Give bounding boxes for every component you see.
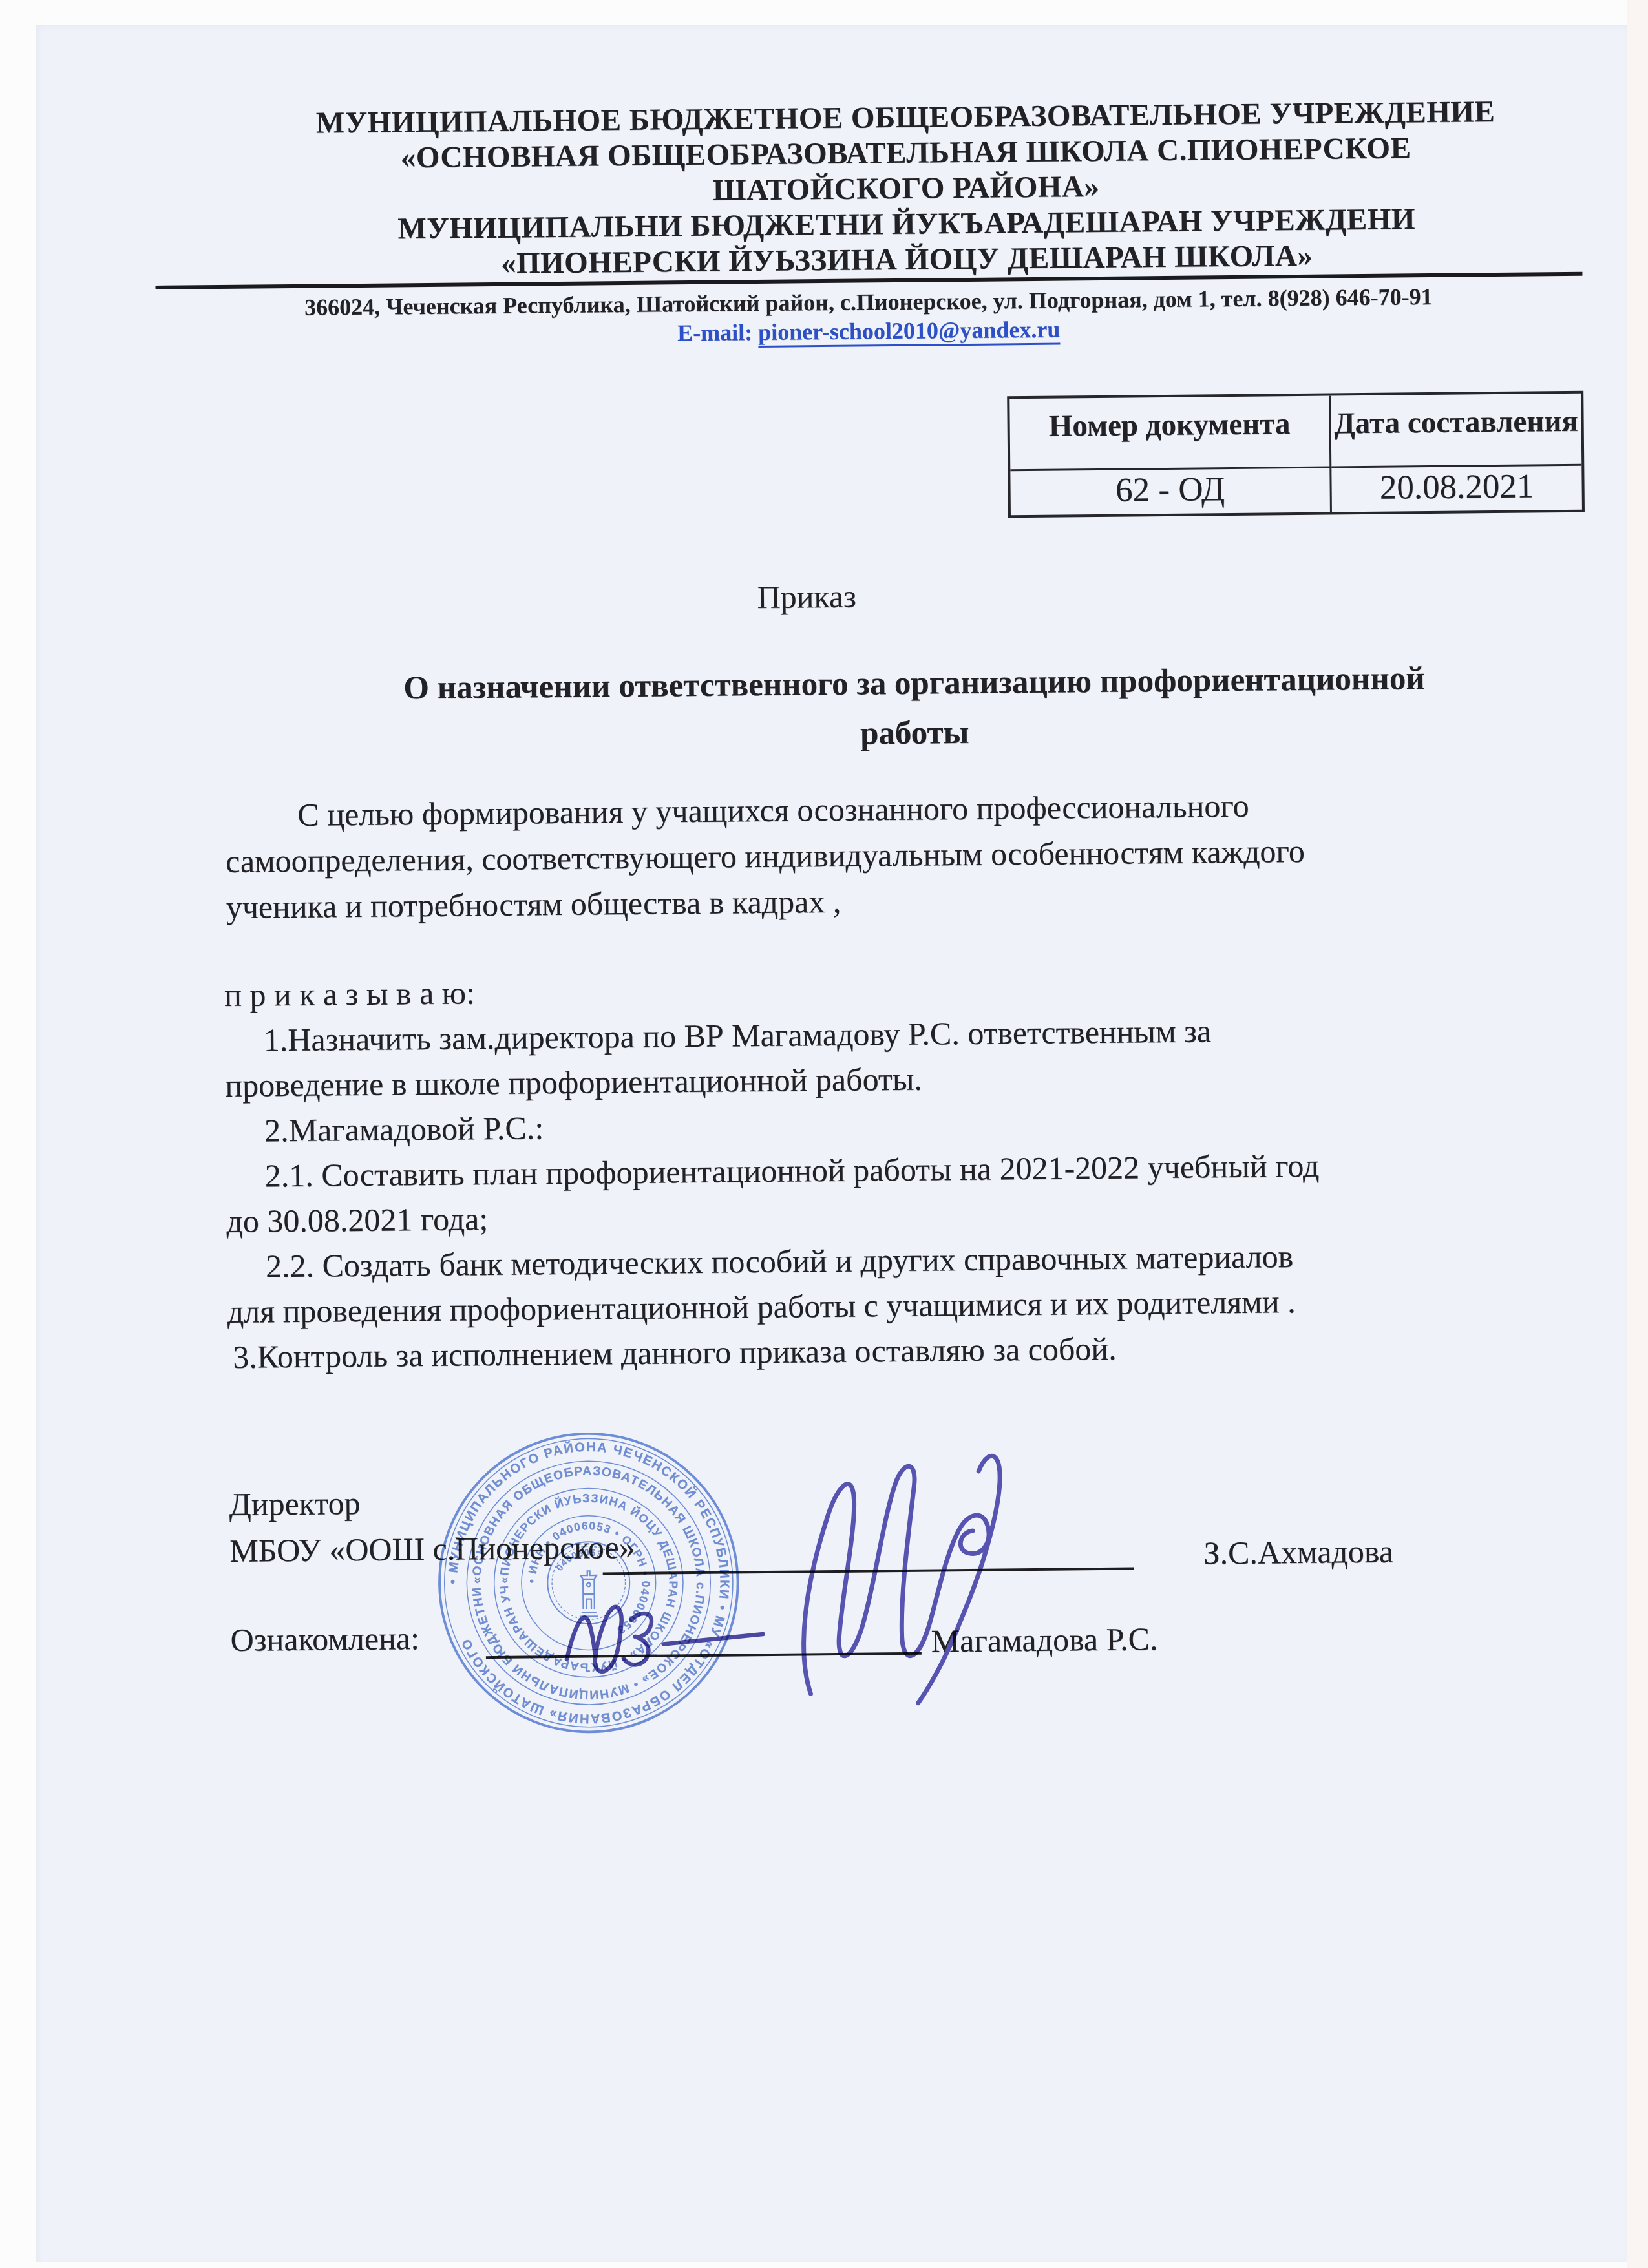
order-title: О назначении ответственного за организац… <box>251 653 1577 765</box>
email-link[interactable]: pioner-school2010@yandex.ru <box>758 317 1061 348</box>
document-content: МУНИЦИПАЛЬНОЕ БЮДЖЕТНОЕ ОБЩЕОБРАЗОВАТЕЛЬ… <box>26 17 1638 2268</box>
scanned-page: МУНИЦИПАЛЬНОЕ БЮДЖЕТНОЕ ОБЩЕОБРАЗОВАТЕЛЬ… <box>0 0 1648 2268</box>
table-cell-date: 20.08.2021 <box>1331 466 1582 512</box>
table-header-document-number: Номер документа <box>1009 396 1331 472</box>
director-title-line1: Директор <box>229 1484 360 1523</box>
scanner-edge-strip <box>1627 0 1648 2268</box>
email-label: E-mail: <box>677 319 752 346</box>
document-meta-table: Номер документа Дата составления 62 - ОД… <box>1007 391 1585 518</box>
acknowledged-handwritten-signature <box>555 1581 775 1680</box>
letterhead-org-name: МУНИЦИПАЛЬНОЕ БЮДЖЕТНОЕ ОБЩЕОБРАЗОВАТЕЛЬ… <box>240 94 1573 284</box>
director-name: З.С.Ахмадова <box>1203 1533 1393 1572</box>
paper-sheet: МУНИЦИПАЛЬНОЕ БЮДЖЕТНОЕ ОБЩЕОБРАЗОВАТЕЛЬ… <box>36 25 1627 2262</box>
acknowledged-label: Ознакомлена: <box>230 1619 419 1659</box>
table-cell-document-number: 62 - ОД <box>1010 468 1332 516</box>
table-header-date: Дата составления <box>1331 394 1581 468</box>
order-item-2-1: 2.1. Составить план профориентационной р… <box>226 1140 1580 1244</box>
order-item-2-2: 2.2. Создать банк методических пособий и… <box>227 1231 1581 1334</box>
order-preamble: С целью формирования у учащихся осознанн… <box>225 780 1574 930</box>
document-kind: Приказ <box>225 572 1388 621</box>
decree-block: п р и к а з ы в а ю: 1.Назначить зам.дир… <box>224 960 1582 1380</box>
director-handwritten-signature <box>755 1434 1062 1708</box>
order-item-1: 1.Назначить зам.директора по ВР Магамадо… <box>224 1005 1579 1108</box>
